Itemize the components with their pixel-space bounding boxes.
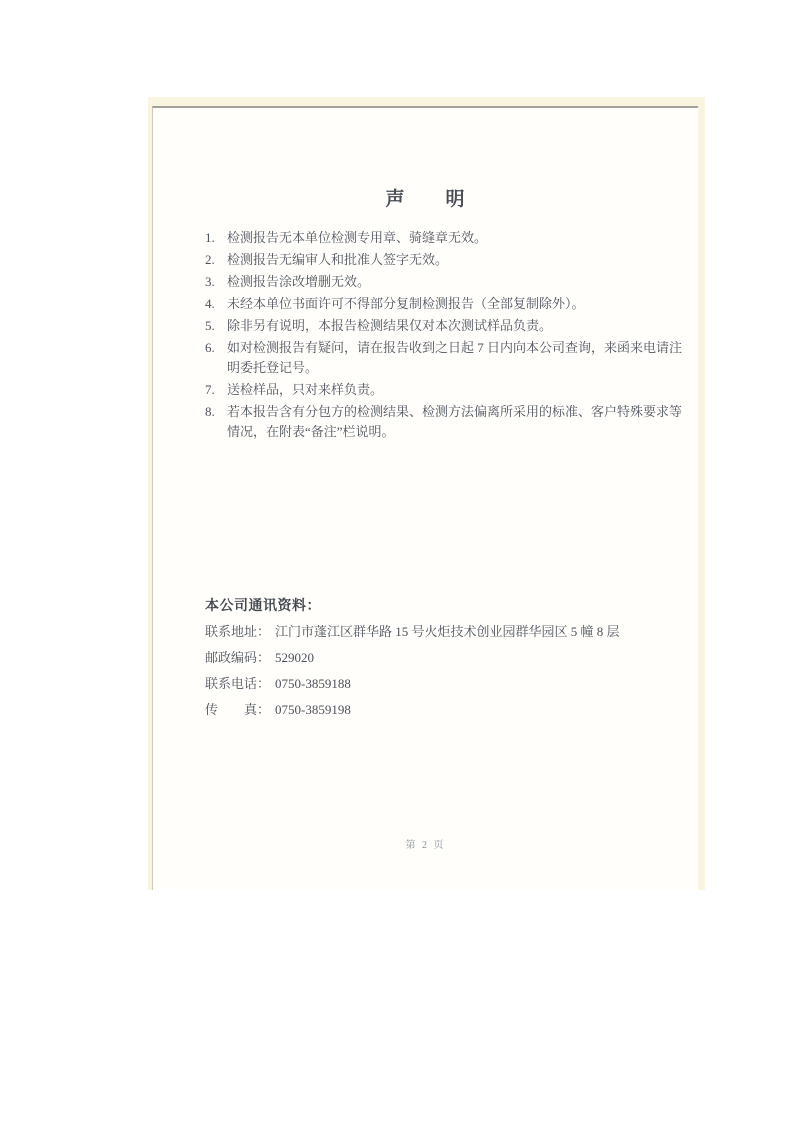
statement-text: 检测报告无本单位检测专用章、骑缝章无效。 bbox=[227, 228, 682, 248]
page-surface: 声 明 1. 检测报告无本单位检测专用章、骑缝章无效。 2. 检测报告无编审人和… bbox=[152, 106, 698, 890]
scanned-page: 声 明 1. 检测报告无本单位检测专用章、骑缝章无效。 2. 检测报告无编审人和… bbox=[148, 97, 705, 890]
page-title: 声 明 bbox=[153, 184, 698, 211]
contact-fax-value: 0750-3859198 bbox=[275, 700, 682, 720]
statement-item: 2. 检测报告无编审人和批准人签字无效。 bbox=[205, 250, 682, 270]
statement-text: 未经本单位书面许可不得部分复制检测报告（全部复制除外）。 bbox=[227, 294, 682, 314]
statement-number: 1. bbox=[205, 228, 227, 248]
contact-label: 联系地址： bbox=[205, 622, 275, 642]
statement-number: 6. bbox=[205, 338, 227, 378]
statement-number: 4. bbox=[205, 294, 227, 314]
statement-number: 8. bbox=[205, 402, 227, 442]
contact-heading: 本公司通讯资料： bbox=[205, 597, 682, 617]
contact-row-postcode: 邮政编码： 529020 bbox=[205, 648, 682, 668]
statement-item: 6. 如对检测报告有疑问，请在报告收到之日起 7 日内向本公司查询，来函来电请注… bbox=[205, 338, 682, 378]
contact-label: 联系电话： bbox=[205, 674, 275, 694]
contact-row-phone: 联系电话： 0750-3859188 bbox=[205, 674, 682, 694]
statement-number: 2. bbox=[205, 250, 227, 270]
contact-postcode-value: 529020 bbox=[275, 648, 682, 668]
statement-item: 5. 除非另有说明，本报告检测结果仅对本次测试样品负责。 bbox=[205, 316, 682, 336]
contact-phone-value: 0750-3859188 bbox=[275, 674, 682, 694]
statement-number: 7. bbox=[205, 380, 227, 400]
statement-text: 检测报告无编审人和批准人签字无效。 bbox=[227, 250, 682, 270]
statement-item: 8. 若本报告含有分包方的检测结果、检测方法偏离所采用的标准、客户特殊要求等情况… bbox=[205, 402, 682, 442]
contact-row-fax: 传 真： 0750-3859198 bbox=[205, 700, 682, 720]
statement-item: 3. 检测报告涂改增删无效。 bbox=[205, 272, 682, 292]
statement-text: 检测报告涂改增删无效。 bbox=[227, 272, 682, 292]
statement-item: 7. 送检样品，只对来样负责。 bbox=[205, 380, 682, 400]
statement-item: 4. 未经本单位书面许可不得部分复制检测报告（全部复制除外）。 bbox=[205, 294, 682, 314]
statement-number: 3. bbox=[205, 272, 227, 292]
contact-label: 传 真： bbox=[205, 700, 275, 720]
statement-text: 若本报告含有分包方的检测结果、检测方法偏离所采用的标准、客户特殊要求等情况，在附… bbox=[227, 402, 682, 442]
contact-section: 本公司通讯资料： 联系地址： 江门市蓬江区群华路 15 号火炬技术创业园群华园区… bbox=[205, 597, 682, 726]
page-number: 第 2 页 bbox=[153, 836, 698, 851]
contact-label: 邮政编码： bbox=[205, 648, 275, 668]
statement-text: 如对检测报告有疑问，请在报告收到之日起 7 日内向本公司查询，来函来电请注明委托… bbox=[227, 338, 682, 378]
scan-background: 声 明 1. 检测报告无本单位检测专用章、骑缝章无效。 2. 检测报告无编审人和… bbox=[0, 0, 800, 1131]
statement-list: 1. 检测报告无本单位检测专用章、骑缝章无效。 2. 检测报告无编审人和批准人签… bbox=[205, 228, 682, 444]
statement-text: 送检样品，只对来样负责。 bbox=[227, 380, 682, 400]
statement-number: 5. bbox=[205, 316, 227, 336]
statement-text: 除非另有说明，本报告检测结果仅对本次测试样品负责。 bbox=[227, 316, 682, 336]
contact-address-value: 江门市蓬江区群华路 15 号火炬技术创业园群华园区 5 幢 8 层 bbox=[275, 622, 682, 642]
statement-item: 1. 检测报告无本单位检测专用章、骑缝章无效。 bbox=[205, 228, 682, 248]
contact-row-address: 联系地址： 江门市蓬江区群华路 15 号火炬技术创业园群华园区 5 幢 8 层 bbox=[205, 622, 682, 642]
